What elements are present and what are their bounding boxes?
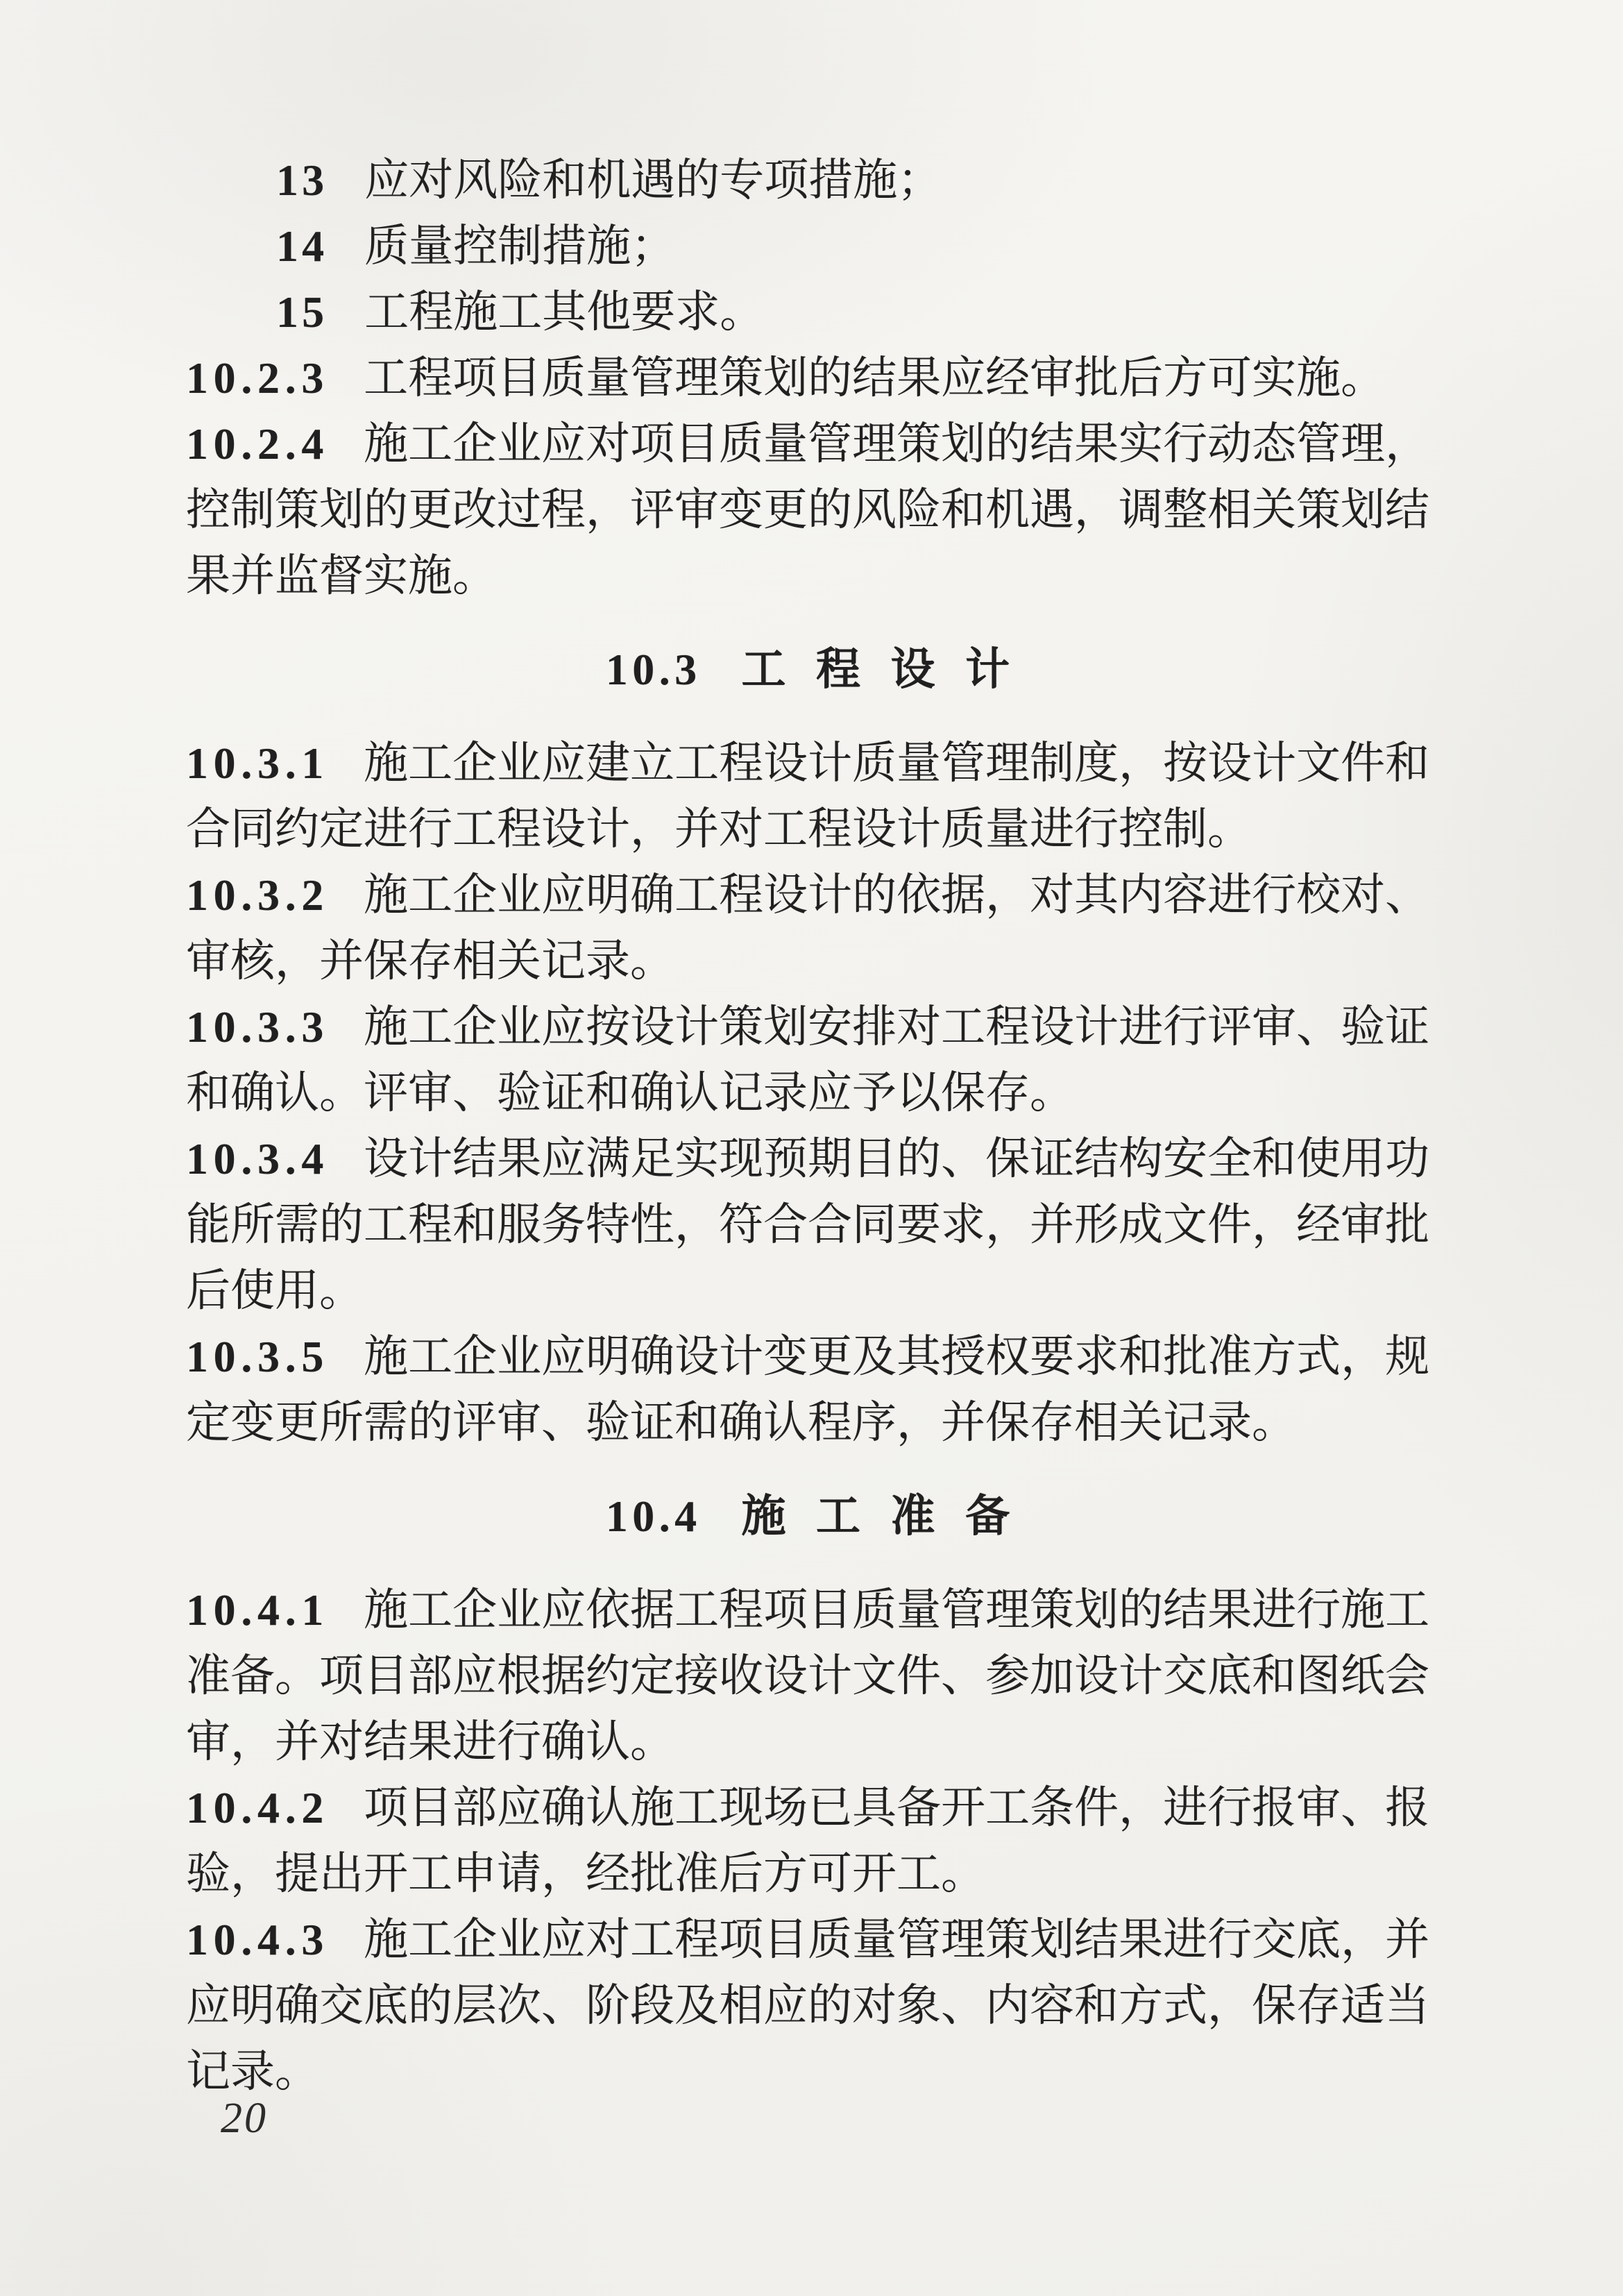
document-page: 13应对风险和机遇的专项措施； 14质量控制措施； 15工程施工其他要求。 10… bbox=[0, 0, 1623, 2296]
item-number: 15 bbox=[276, 279, 328, 345]
item-number: 14 bbox=[276, 213, 328, 279]
clause-10-2-3: 10.2.3工程项目质量管理策划的结果应经审批后方可实施。 bbox=[186, 345, 1429, 411]
clause-line: 10.2.4施工企业应对项目质量管理策划的结果实行动态管理， bbox=[186, 411, 1429, 477]
clause-10-4-1: 10.4.1施工企业应依据工程项目质量管理策划的结果进行施工 准备。项目部应根据… bbox=[186, 1577, 1429, 1775]
item-text: 质量控制措施； bbox=[364, 221, 675, 271]
clause-text: 施工企业应按设计策划安排对工程设计进行评审、验证 bbox=[364, 1002, 1429, 1052]
clause-text: 施工企业应对项目质量管理策划的结果实行动态管理， bbox=[364, 419, 1429, 469]
heading-number: 10.3 bbox=[606, 645, 702, 694]
list-item-15: 15工程施工其他要求。 bbox=[186, 279, 1429, 345]
item-number: 13 bbox=[276, 147, 328, 213]
clause-line: 审核，并保存相关记录。 bbox=[186, 928, 1429, 994]
clause-line: 10.4.3施工企业应对工程项目质量管理策划结果进行交底，并 bbox=[186, 1907, 1429, 1973]
clause-10-2-4: 10.2.4施工企业应对项目质量管理策划的结果实行动态管理， 控制策划的更改过程… bbox=[186, 411, 1429, 609]
clause-line: 10.4.1施工企业应依据工程项目质量管理策划的结果进行施工 bbox=[186, 1577, 1429, 1643]
page-content: 13应对风险和机遇的专项措施； 14质量控制措施； 15工程施工其他要求。 10… bbox=[186, 147, 1429, 2104]
clause-number: 10.3.5 bbox=[186, 1332, 329, 1381]
clause-line: 审，并对结果进行确认。 bbox=[186, 1709, 1429, 1775]
clause-number: 10.2.4 bbox=[186, 419, 329, 469]
clause-line: 10.4.2项目部应确认施工现场已具备开工条件，进行报审、报 bbox=[186, 1775, 1429, 1841]
clause-line: 10.2.3工程项目质量管理策划的结果应经审批后方可实施。 bbox=[186, 345, 1429, 411]
clause-10-4-2: 10.4.2项目部应确认施工现场已具备开工条件，进行报审、报 验，提出开工申请，… bbox=[186, 1775, 1429, 1907]
clause-line: 验，提出开工申请，经批准后方可开工。 bbox=[186, 1841, 1429, 1907]
section-heading-10-3: 10.3工程设计 bbox=[186, 636, 1429, 702]
clause-number: 10.4.2 bbox=[186, 1783, 329, 1832]
clause-line: 后使用。 bbox=[186, 1258, 1429, 1324]
clause-number: 10.3.1 bbox=[186, 738, 329, 788]
clause-text: 施工企业应对工程项目质量管理策划结果进行交底，并 bbox=[364, 1915, 1429, 1964]
clause-10-3-4: 10.3.4设计结果应满足实现预期目的、保证结构安全和使用功 能所需的工程和服务… bbox=[186, 1126, 1429, 1324]
clause-line: 10.3.2施工企业应明确工程设计的依据，对其内容进行校对、 bbox=[186, 862, 1429, 928]
clause-10-3-2: 10.3.2施工企业应明确工程设计的依据，对其内容进行校对、 审核，并保存相关记… bbox=[186, 862, 1429, 994]
clause-line: 记录。 bbox=[186, 2038, 1429, 2104]
clause-text: 施工企业应依据工程项目质量管理策划的结果进行施工 bbox=[364, 1585, 1429, 1635]
clause-text: 项目部应确认施工现场已具备开工条件，进行报审、报 bbox=[364, 1783, 1429, 1832]
clause-line: 10.3.1施工企业应建立工程设计质量管理制度，按设计文件和 bbox=[186, 730, 1429, 796]
page-number: 20 bbox=[221, 2091, 268, 2146]
clause-line: 合同约定进行工程设计，并对工程设计质量进行控制。 bbox=[186, 796, 1429, 862]
clause-line: 准备。项目部应根据约定接收设计文件、参加设计交底和图纸会 bbox=[186, 1643, 1429, 1709]
item-text: 工程施工其他要求。 bbox=[364, 287, 764, 337]
clause-text: 施工企业应明确工程设计的依据，对其内容进行校对、 bbox=[364, 870, 1429, 920]
clause-10-3-3: 10.3.3施工企业应按设计策划安排对工程设计进行评审、验证 和确认。评审、验证… bbox=[186, 994, 1429, 1126]
clause-number: 10.4.1 bbox=[186, 1585, 329, 1635]
clause-text: 施工企业应建立工程设计质量管理制度，按设计文件和 bbox=[364, 738, 1429, 788]
clause-number: 10.3.4 bbox=[186, 1134, 329, 1183]
section-heading-10-4: 10.4施工准备 bbox=[186, 1483, 1429, 1549]
clause-line: 定变更所需的评审、验证和确认程序，并保存相关记录。 bbox=[186, 1390, 1429, 1455]
clause-10-3-1: 10.3.1施工企业应建立工程设计质量管理制度，按设计文件和 合同约定进行工程设… bbox=[186, 730, 1429, 862]
clause-number: 10.2.3 bbox=[186, 353, 329, 403]
clause-text: 设计结果应满足实现预期目的、保证结构安全和使用功 bbox=[364, 1134, 1429, 1183]
clause-text: 施工企业应明确设计变更及其授权要求和批准方式，规 bbox=[364, 1332, 1429, 1381]
clause-line: 能所需的工程和服务特性，符合合同要求，并形成文件，经审批 bbox=[186, 1192, 1429, 1258]
clause-line: 控制策划的更改过程，评审变更的风险和机遇，调整相关策划结 bbox=[186, 477, 1429, 543]
clause-number: 10.3.3 bbox=[186, 1002, 329, 1052]
clause-10-4-3: 10.4.3施工企业应对工程项目质量管理策划结果进行交底，并 应明确交底的层次、… bbox=[186, 1907, 1429, 2104]
clause-line: 10.3.3施工企业应按设计策划安排对工程设计进行评审、验证 bbox=[186, 994, 1429, 1060]
list-item-13: 13应对风险和机遇的专项措施； bbox=[186, 147, 1429, 213]
heading-title: 工程设计 bbox=[742, 645, 1040, 694]
item-text: 应对风险和机遇的专项措施； bbox=[364, 155, 942, 205]
clause-10-3-5: 10.3.5施工企业应明确设计变更及其授权要求和批准方式，规 定变更所需的评审、… bbox=[186, 1324, 1429, 1455]
clause-line: 10.3.5施工企业应明确设计变更及其授权要求和批准方式，规 bbox=[186, 1324, 1429, 1390]
clause-line: 和确认。评审、验证和确认记录应予以保存。 bbox=[186, 1060, 1429, 1126]
heading-title: 施工准备 bbox=[742, 1492, 1040, 1541]
clause-line: 应明确交底的层次、阶段及相应的对象、内容和方式，保存适当 bbox=[186, 1973, 1429, 2038]
list-item-14: 14质量控制措施； bbox=[186, 213, 1429, 279]
clause-number: 10.3.2 bbox=[186, 870, 329, 920]
heading-number: 10.4 bbox=[606, 1492, 702, 1541]
clause-number: 10.4.3 bbox=[186, 1915, 329, 1964]
clause-line: 10.3.4设计结果应满足实现预期目的、保证结构安全和使用功 bbox=[186, 1126, 1429, 1192]
clause-text: 工程项目质量管理策划的结果应经审批后方可实施。 bbox=[364, 353, 1385, 403]
clause-line: 果并监督实施。 bbox=[186, 543, 1429, 609]
